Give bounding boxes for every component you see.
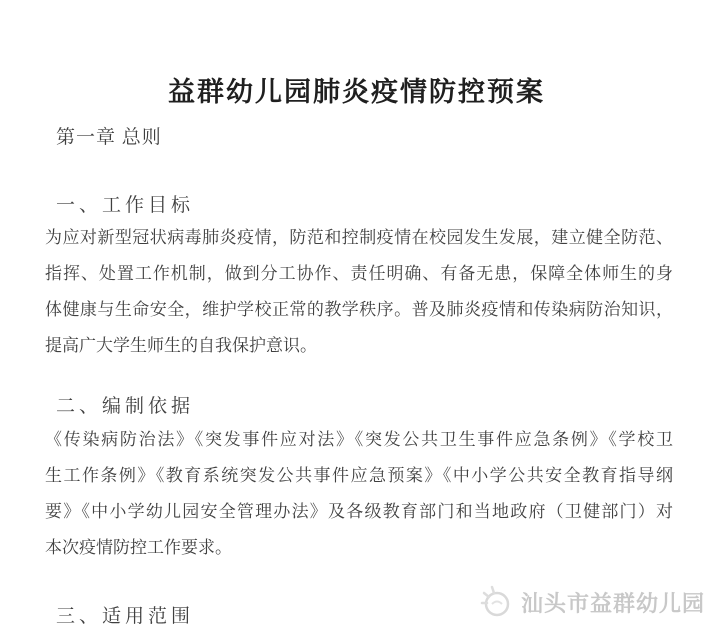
body-line: 要》《中小学幼儿园安全管理办法》及各级教育部门和当地政府（卫健部门）对: [45, 494, 673, 530]
kindergarten-logo-icon: [478, 583, 514, 621]
body-line: 《传染病防治法》《突发事件应对法》《突发公共卫生事件应急条例》《学校卫: [45, 422, 673, 458]
body-line: 本次疫情防控工作要求。: [45, 530, 673, 566]
document-page: 益群幼儿园肺炎疫情防控预案 第一章 总则 一、工作目标 为应对新型冠状病毒肺炎疫…: [0, 0, 713, 634]
body-line: 体健康与生命安全，维护学校正常的教学秩序。普及肺炎疫情和传染病防治知识，: [45, 292, 673, 328]
section-heading-work-goals: 一、工作目标: [56, 190, 194, 217]
section-body-work-goals: 为应对新型冠状病毒肺炎疫情，防范和控制疫情在校园发生发展，建立健全防范、 指挥、…: [45, 220, 673, 364]
body-line: 生工作条例》《教育系统突发公共事件应急预案》《中小学公共安全教育指导纲: [45, 458, 673, 494]
section-heading-scope: 三、适用范围: [56, 601, 194, 628]
section-heading-compilation-basis: 二、编制依据: [56, 391, 194, 418]
body-line: 指挥、处置工作机制，做到分工协作、责任明确、有备无患，保障全体师生的身: [45, 256, 673, 292]
document-title: 益群幼儿园肺炎疫情防控预案: [0, 70, 713, 109]
section-body-compilation-basis: 《传染病防治法》《突发事件应对法》《突发公共卫生事件应急条例》《学校卫 生工作条…: [45, 422, 673, 566]
body-line: 提高广大学生师生的自我保护意识。: [45, 328, 673, 364]
chapter-heading: 第一章 总则: [56, 122, 162, 149]
body-line: 为应对新型冠状病毒肺炎疫情，防范和控制疫情在校园发生发展，建立健全防范、: [45, 220, 673, 256]
watermark-text: 汕头市益群幼儿园: [521, 587, 705, 618]
watermark: 汕头市益群幼儿园: [478, 583, 705, 621]
